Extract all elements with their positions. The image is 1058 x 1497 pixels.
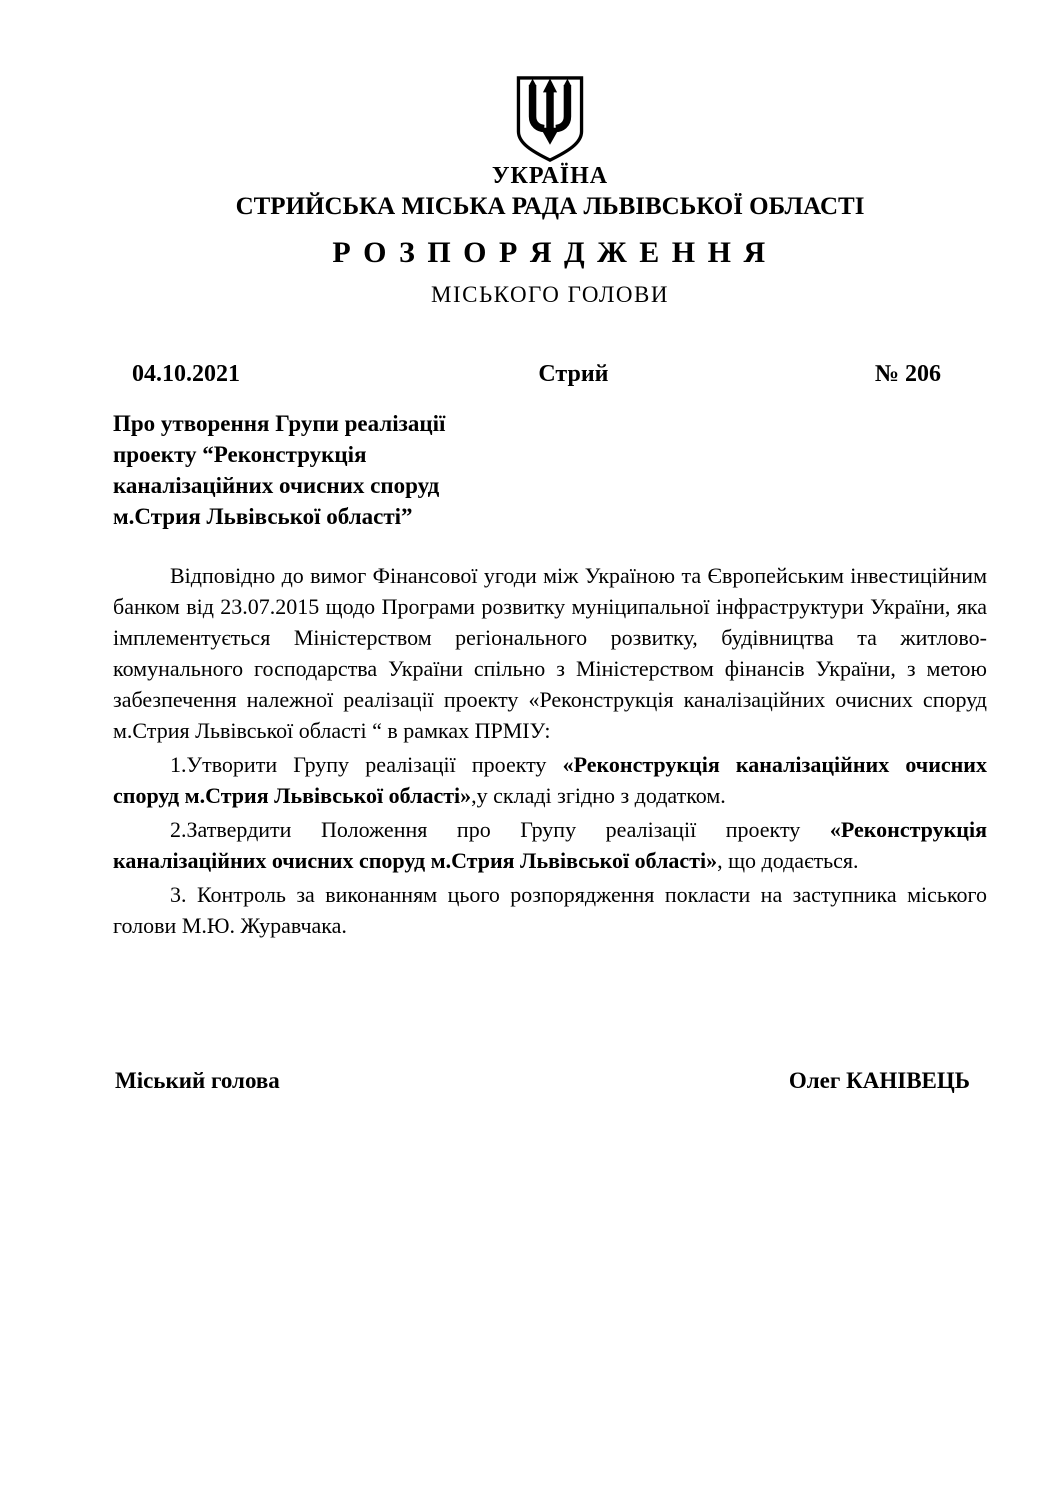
item-2-text-post: , що додається. bbox=[717, 848, 858, 873]
header-block: УКРАЇНА СТРИЙСЬКА МІСЬКА РАДА ЛЬВІВСЬКОЇ… bbox=[113, 75, 987, 307]
paragraph-item-1: 1.Утворити Групу реалізації проекту «Рек… bbox=[113, 749, 987, 811]
signature-name: Олег КАНІВЕЦЬ bbox=[789, 1068, 970, 1094]
subject-line: м.Стрия Львівської області” bbox=[113, 501, 987, 532]
document-page: УКРАЇНА СТРИЙСЬКА МІСЬКА РАДА ЛЬВІВСЬКОЇ… bbox=[0, 0, 1058, 1497]
document-city: Стрий bbox=[538, 361, 608, 387]
signature-row: Міський голова Олег КАНІВЕЦЬ bbox=[115, 1068, 970, 1094]
document-date: 04.10.2021 bbox=[132, 361, 240, 387]
ukraine-trident-shield-icon bbox=[512, 75, 588, 163]
document-issuer-subtitle: МІСЬКОГО ГОЛОВИ bbox=[113, 282, 987, 307]
subject-block: Про утворення Групи реалізації проекту “… bbox=[113, 408, 987, 532]
document-content: УКРАЇНА СТРИЙСЬКА МІСЬКА РАДА ЛЬВІВСЬКОЇ… bbox=[0, 0, 1058, 941]
document-number: № 206 bbox=[875, 361, 941, 387]
item-1-text-post: ,у складі згідно з додатком. bbox=[471, 783, 726, 808]
country-name: УКРАЇНА bbox=[113, 163, 987, 190]
meta-row: 04.10.2021 Стрий № 206 bbox=[113, 361, 987, 387]
item-1-text-pre: 1.Утворити Групу реалізації проекту bbox=[170, 752, 563, 777]
subject-line: Про утворення Групи реалізації bbox=[113, 408, 987, 439]
item-2-text-pre: 2.Затвердити Положення про Групу реаліза… bbox=[170, 817, 830, 842]
subject-line: проекту “Реконструкція bbox=[113, 439, 987, 470]
signature-position: Міський голова bbox=[115, 1068, 280, 1094]
subject-line: каналізаційних очисних споруд bbox=[113, 470, 987, 501]
paragraph-intro: Відповідно до вимог Фінансової угоди між… bbox=[113, 560, 987, 746]
body-block: Відповідно до вимог Фінансової угоди між… bbox=[113, 560, 987, 941]
document-type-title: Р О З П О Р Я Д Ж Е Н Н Я bbox=[113, 237, 987, 269]
paragraph-item-2: 2.Затвердити Положення про Групу реаліза… bbox=[113, 814, 987, 876]
paragraph-item-3: 3. Контроль за виконанням цього розпоряд… bbox=[113, 879, 987, 941]
council-name: СТРИЙСЬКА МІСЬКА РАДА ЛЬВІВСЬКОЇ ОБЛАСТІ bbox=[113, 193, 987, 221]
